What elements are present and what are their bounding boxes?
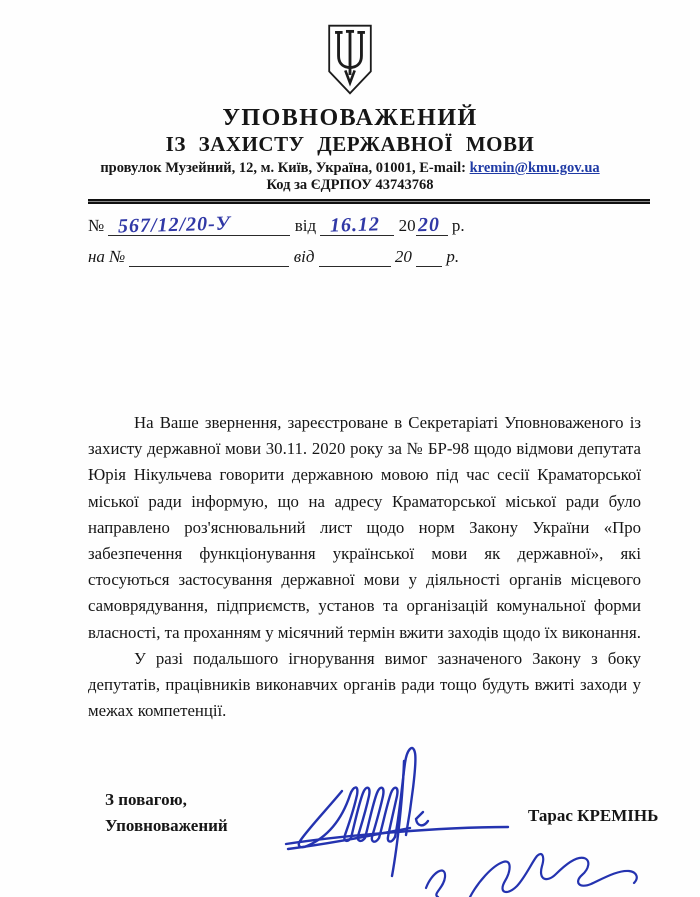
letter-body: На Ваше звернення, зареєстроване в Секре… xyxy=(88,410,641,724)
edrpou-line: Код за ЄДРПОУ 43743768 xyxy=(0,177,700,194)
reference-block: № 567/12/20-У від 16.12 20 20 р. на № ві… xyxy=(88,216,508,278)
incoming-year-suffix: р. xyxy=(446,247,459,266)
body-paragraph-1: На Ваше звернення, зареєстроване в Секре… xyxy=(88,410,641,646)
incoming-reference-line: на № від 20 р. xyxy=(88,247,508,278)
na-no-label: на № xyxy=(88,247,125,266)
letterhead-divider-rule xyxy=(88,199,650,204)
incoming-date-blank xyxy=(319,249,391,267)
address-line: провулок Музейний, 12, м. Київ, Україна,… xyxy=(0,160,700,177)
org-title-line1: УПОВНОВАЖЕНИЙ xyxy=(0,105,700,131)
incoming-year-blank xyxy=(416,249,442,267)
year-suffix: р. xyxy=(452,216,465,235)
no-label: № xyxy=(88,216,104,235)
closing-line1: З повагою, xyxy=(105,787,228,813)
address-text: провулок Музейний, 12, м. Київ, Україна,… xyxy=(100,160,469,176)
letterhead: УПОВНОВАЖЕНИЙ ІЗ ЗАХИСТУ ДЕРЖАВНОЇ МОВИ … xyxy=(0,0,700,194)
secondary-signature-icon xyxy=(398,840,698,897)
email-link: kremin@kmu.gov.ua xyxy=(470,160,600,176)
handwritten-number: 567/12/20-У xyxy=(118,213,231,239)
number-blank: 567/12/20-У xyxy=(108,218,290,236)
body-paragraph-2: У разі подальшого ігнорування вимог зазн… xyxy=(88,646,641,725)
handwritten-date: 16.12 xyxy=(330,213,381,237)
closing-block: З повагою, Уповноважений xyxy=(105,787,228,839)
vid-label: від xyxy=(295,216,316,235)
incoming-vid-label: від xyxy=(294,247,315,266)
ukraine-trident-emblem-icon xyxy=(324,23,376,97)
scanned-letter-page: УПОВНОВАЖЕНИЙ ІЗ ЗАХИСТУ ДЕРЖАВНОЇ МОВИ … xyxy=(0,0,700,897)
incoming-year-prefix: 20 xyxy=(395,247,412,266)
closing-line2: Уповноважений xyxy=(105,813,228,839)
org-title-line2: ІЗ ЗАХИСТУ ДЕРЖАВНОЇ МОВИ xyxy=(0,131,700,157)
handwritten-year: 20 xyxy=(417,214,440,238)
incoming-number-blank xyxy=(129,249,289,267)
outgoing-reference-line: № 567/12/20-У від 16.12 20 20 р. xyxy=(88,216,508,247)
year-blank: 20 xyxy=(416,218,448,236)
year-prefix: 20 xyxy=(399,216,416,235)
signer-name: Тарас КРЕМІНЬ xyxy=(528,806,658,826)
date-blank: 16.12 xyxy=(320,218,394,236)
